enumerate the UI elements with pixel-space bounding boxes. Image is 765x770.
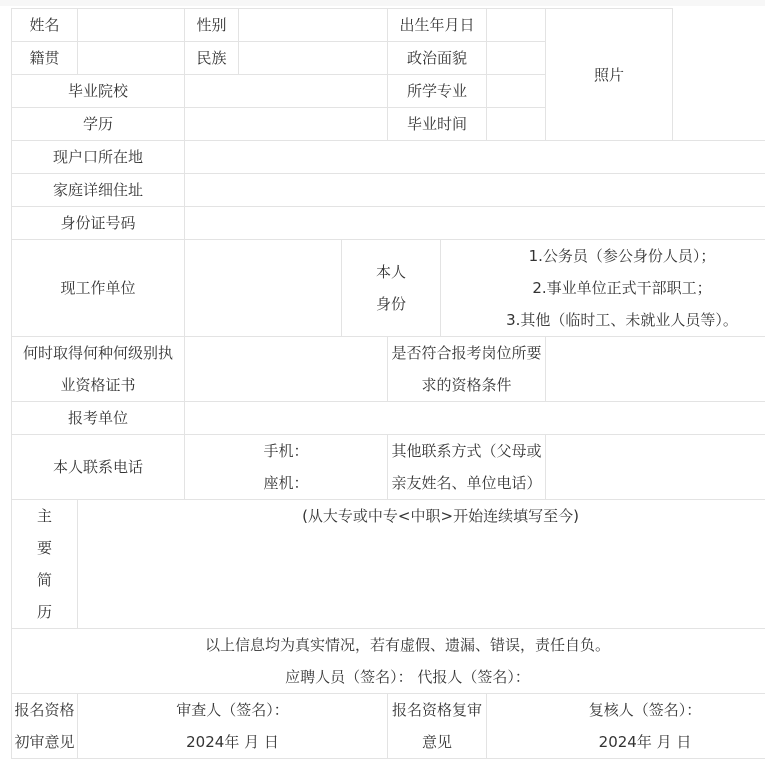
initial-review-field[interactable]: 审查人（签名）： 2024年 月 日 (78, 694, 388, 759)
graduation-time-label: 毕业时间 (388, 108, 487, 141)
work-unit-field[interactable] (185, 240, 342, 337)
political-status-label: 政治面貌 (388, 42, 487, 75)
registration-form-table: 姓名 性别 出生年月日 照片 籍贯 民族 政治面貌 毕业院校 所学专业 学历 毕… (11, 8, 765, 759)
birth-date-field[interactable] (487, 9, 546, 42)
political-status-field[interactable] (487, 42, 546, 75)
resume-label-char-4: 历 (12, 596, 77, 628)
recheck-label: 报名资格复审 意见 (388, 694, 487, 759)
identity-label: 本人 身份 (342, 240, 441, 337)
other-contact-label-line1: 其他联系方式（父母或 (388, 435, 545, 467)
reviewer-signature[interactable]: 审查人（签名）： (78, 694, 387, 726)
initial-review-label: 报名资格 初审意见 (12, 694, 78, 759)
graduation-time-field[interactable] (487, 108, 546, 141)
row-name: 姓名 性别 出生年月日 照片 (12, 9, 765, 42)
name-label: 姓名 (12, 9, 78, 42)
certificate-field[interactable] (185, 337, 388, 402)
apply-unit-field[interactable] (185, 402, 765, 435)
native-place-label: 籍贯 (12, 42, 78, 75)
ethnicity-field[interactable] (239, 42, 388, 75)
row-hukou: 现户口所在地 (12, 141, 765, 174)
row-resume: 主 要 简 历 (从大专或中专<中职>开始连续填写至今) (12, 500, 765, 629)
recheck-label-line1: 报名资格复审 (388, 694, 486, 726)
school-field[interactable] (185, 75, 388, 108)
resume-label-char-1: 主 (12, 500, 77, 532)
row-contact: 本人联系电话 手机： 座机： 其他联系方式（父母或 亲友姓名、单位电话） (12, 435, 765, 500)
identity-label-line2: 身份 (342, 288, 440, 320)
resume-label: 主 要 简 历 (12, 500, 78, 629)
resume-label-char-2: 要 (12, 532, 77, 564)
native-place-field[interactable] (78, 42, 185, 75)
resume-label-char-3: 简 (12, 564, 77, 596)
education-label: 学历 (12, 108, 185, 141)
meets-requirements-label-line1: 是否符合报考岗位所要 (388, 337, 545, 369)
phone-label: 本人联系电话 (12, 435, 185, 500)
resume-hint: (从大专或中专<中职>开始连续填写至今) (78, 500, 765, 532)
photo-box[interactable]: 照片 (546, 9, 673, 141)
reviewer-date[interactable]: 2024年 月 日 (78, 726, 387, 758)
row-qualification: 何时取得何种何级别执 业资格证书 是否符合报考岗位所要 求的资格条件 (12, 337, 765, 402)
apply-unit-label: 报考单位 (12, 402, 185, 435)
row-review: 报名资格 初审意见 审查人（签名）： 2024年 月 日 报名资格复审 意见 复… (12, 694, 765, 759)
certificate-label: 何时取得何种何级别执 业资格证书 (12, 337, 185, 402)
initial-review-label-line2: 初审意见 (12, 726, 77, 758)
certificate-label-line1: 何时取得何种何级别执 (12, 337, 184, 369)
gender-field[interactable] (239, 9, 388, 42)
other-contact-label-line2: 亲友姓名、单位电话） (388, 467, 545, 499)
education-field[interactable] (185, 108, 388, 141)
recheck-label-line2: 意见 (388, 726, 486, 758)
id-number-field[interactable] (185, 207, 765, 240)
row-id-number: 身份证号码 (12, 207, 765, 240)
identity-option-2[interactable]: 2.事业单位正式干部职工； (441, 272, 765, 304)
row-work-unit: 现工作单位 本人 身份 1.公务员（参公身份人员）； 2.事业单位正式干部职工；… (12, 240, 765, 337)
home-address-field[interactable] (185, 174, 765, 207)
declaration-signatures[interactable]: 应聘人员（签名）： 代报人（签名）： (12, 661, 765, 693)
initial-review-label-line1: 报名资格 (12, 694, 77, 726)
top-edge (0, 0, 765, 6)
recheck-field[interactable]: 复核人（签名）： 2024年 月 日 (487, 694, 765, 759)
identity-option-3[interactable]: 3.其他（临时工、未就业人员等）。 (441, 304, 765, 336)
major-field[interactable] (487, 75, 546, 108)
birth-date-label: 出生年月日 (388, 9, 487, 42)
phone-fields[interactable]: 手机： 座机： (185, 435, 388, 500)
meets-requirements-label: 是否符合报考岗位所要 求的资格条件 (388, 337, 546, 402)
certificate-label-line2: 业资格证书 (12, 369, 184, 401)
home-address-label: 家庭详细住址 (12, 174, 185, 207)
other-contact-label: 其他联系方式（父母或 亲友姓名、单位电话） (388, 435, 546, 500)
row-home-address: 家庭详细住址 (12, 174, 765, 207)
meets-requirements-label-line2: 求的资格条件 (388, 369, 545, 401)
rechecker-date[interactable]: 2024年 月 日 (487, 726, 765, 758)
row-declaration: 以上信息均为真实情况，若有虚假、遗漏、错误，责任自负。 应聘人员（签名）： 代报… (12, 629, 765, 694)
other-contact-field[interactable] (546, 435, 765, 500)
major-label: 所学专业 (388, 75, 487, 108)
identity-option-1[interactable]: 1.公务员（参公身份人员）； (441, 240, 765, 272)
work-unit-label: 现工作单位 (12, 240, 185, 337)
resume-field[interactable]: (从大专或中专<中职>开始连续填写至今) (78, 500, 765, 629)
ethnicity-label: 民族 (185, 42, 239, 75)
gender-label: 性别 (185, 9, 239, 42)
mobile-label[interactable]: 手机： (185, 435, 387, 467)
landline-label[interactable]: 座机： (185, 467, 387, 499)
name-field[interactable] (78, 9, 185, 42)
school-label: 毕业院校 (12, 75, 185, 108)
declaration: 以上信息均为真实情况，若有虚假、遗漏、错误，责任自负。 应聘人员（签名）： 代报… (12, 629, 765, 694)
hukou-label: 现户口所在地 (12, 141, 185, 174)
id-number-label: 身份证号码 (12, 207, 185, 240)
row-apply-unit: 报考单位 (12, 402, 765, 435)
rechecker-signature[interactable]: 复核人（签名）： (487, 694, 765, 726)
declaration-statement: 以上信息均为真实情况，若有虚假、遗漏、错误，责任自负。 (12, 629, 765, 661)
identity-options: 1.公务员（参公身份人员）； 2.事业单位正式干部职工； 3.其他（临时工、未就… (441, 240, 765, 337)
hukou-field[interactable] (185, 141, 765, 174)
meets-requirements-field[interactable] (546, 337, 765, 402)
identity-label-line1: 本人 (342, 256, 440, 288)
